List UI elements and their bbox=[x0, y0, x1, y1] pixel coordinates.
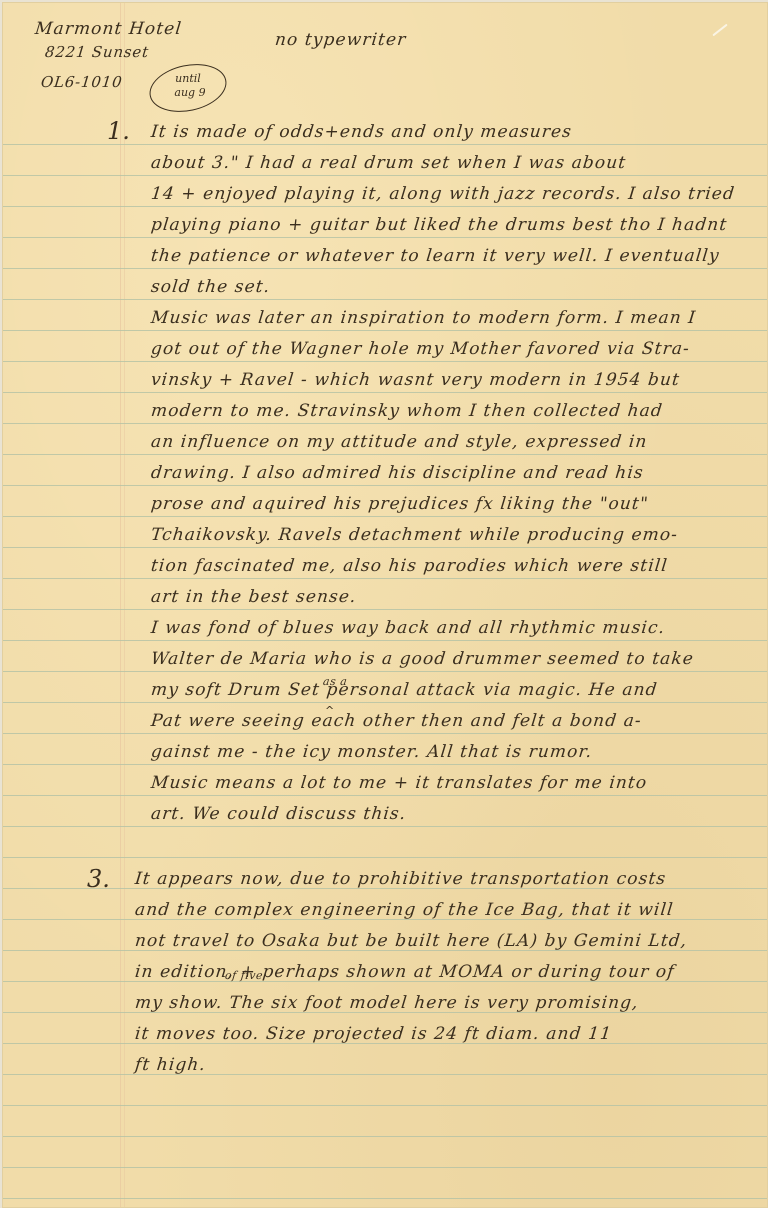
handwritten-line: my show. The six foot model here is very… bbox=[134, 993, 640, 1013]
handwritten-line: my soft Drum Set personal attack via mag… bbox=[150, 680, 659, 700]
handwritten-line: Pat were seeing each other then and felt… bbox=[150, 711, 643, 731]
margin-line-secondary bbox=[124, 3, 125, 1207]
handwritten-line: it moves too. Size projected is 24 ft di… bbox=[134, 1024, 613, 1044]
handwritten-line: Walter de Maria who is a good drummer se… bbox=[150, 649, 695, 669]
ruled-line bbox=[3, 206, 767, 207]
ruled-line bbox=[3, 857, 767, 858]
handwritten-line: vinsky + Ravel - which wasnt very modern… bbox=[150, 370, 681, 390]
handwritten-line: modern to me. Stravinsky whom I then col… bbox=[150, 401, 664, 421]
handwritten-line: It is made of odds+ends and only measure… bbox=[150, 122, 573, 142]
handwritten-line: gainst me - the icy monster. All that is… bbox=[150, 742, 593, 762]
ruled-line bbox=[3, 578, 767, 579]
handwritten-line: and the complex engineering of the Ice B… bbox=[134, 900, 675, 920]
handwritten-line: Tchaikovsky. Ravels detachment while pro… bbox=[150, 525, 679, 545]
circled-note-line-2: aug 9 bbox=[165, 87, 215, 99]
circled-note-line-1: until bbox=[163, 73, 213, 85]
item-number: 1. bbox=[107, 117, 130, 145]
handwritten-line: art. We could discuss this. bbox=[150, 804, 407, 824]
handwritten-line: tion fascinated me, also his parodies wh… bbox=[150, 556, 669, 576]
handwritten-line: I was fond of blues way back and all rhy… bbox=[150, 618, 666, 638]
handwritten-line: It appears now, due to prohibitive trans… bbox=[134, 869, 667, 889]
ruled-line bbox=[3, 1198, 767, 1199]
insertion-as-a: as a bbox=[322, 675, 348, 688]
handwritten-line: not travel to Osaka but be built here (L… bbox=[134, 931, 688, 951]
note-no-typewriter: no typewriter bbox=[274, 30, 408, 50]
ruled-line bbox=[3, 485, 767, 486]
ruled-line bbox=[3, 330, 767, 331]
ruled-line bbox=[3, 175, 767, 176]
ruled-line bbox=[3, 733, 767, 734]
handwritten-line: drawing. I also admired his discipline a… bbox=[150, 463, 645, 483]
ruled-line bbox=[3, 1136, 767, 1137]
handwritten-line: the patience or whatever to learn it ver… bbox=[150, 246, 721, 266]
ruled-line bbox=[3, 826, 767, 827]
ruled-line bbox=[3, 237, 767, 238]
handwritten-line: prose and aquired his prejudices fx liki… bbox=[150, 494, 650, 514]
ruled-line bbox=[3, 268, 767, 269]
handwritten-line: ft high. bbox=[134, 1055, 207, 1075]
handwritten-line: Music means a lot to me + it translates … bbox=[150, 773, 648, 793]
ruled-line bbox=[3, 361, 767, 362]
ruled-line bbox=[3, 702, 767, 703]
ruled-line bbox=[3, 516, 767, 517]
ruled-line bbox=[3, 423, 767, 424]
handwritten-line: Music was later an inspiration to modern… bbox=[150, 308, 697, 328]
ruled-line bbox=[3, 671, 767, 672]
ruled-line bbox=[3, 392, 767, 393]
address-street: 8221 Sunset bbox=[44, 43, 150, 61]
handwritten-line: sold the set. bbox=[150, 277, 271, 297]
handwritten-line: got out of the Wagner hole my Mother fav… bbox=[150, 339, 691, 359]
address-hotel: Marmont Hotel bbox=[34, 19, 183, 39]
handwritten-line: playing piano + guitar but liked the dru… bbox=[150, 215, 728, 235]
insertion-caret: ^ bbox=[325, 704, 334, 717]
ruled-line bbox=[3, 764, 767, 765]
ruled-line bbox=[3, 547, 767, 548]
address-phone: OL6-1010 bbox=[40, 73, 123, 91]
ruled-line bbox=[3, 1105, 767, 1106]
handwritten-line: 14 + enjoyed playing it, along with jazz… bbox=[150, 184, 736, 204]
pencil-mark bbox=[712, 24, 727, 37]
ruled-line bbox=[3, 795, 767, 796]
handwritten-line: art in the best sense. bbox=[150, 587, 358, 607]
handwritten-line: an influence on my attitude and style, e… bbox=[150, 432, 649, 452]
ruled-line bbox=[3, 454, 767, 455]
ruled-line bbox=[3, 1167, 767, 1168]
ruled-line bbox=[3, 609, 767, 610]
ruled-line bbox=[3, 299, 767, 300]
margin-line bbox=[120, 3, 121, 1207]
item-number: 3. bbox=[87, 865, 110, 893]
handwritten-line: in edition, + perhaps shown at MOMA or d… bbox=[134, 962, 676, 982]
insertion-of-five: of five bbox=[224, 969, 263, 982]
legal-pad-page: Marmont Hotel 8221 Sunset OL6-1010 until… bbox=[2, 2, 768, 1208]
handwritten-line: about 3." I had a real drum set when I w… bbox=[150, 153, 627, 173]
ruled-line bbox=[3, 1074, 767, 1075]
ruled-line bbox=[3, 640, 767, 641]
